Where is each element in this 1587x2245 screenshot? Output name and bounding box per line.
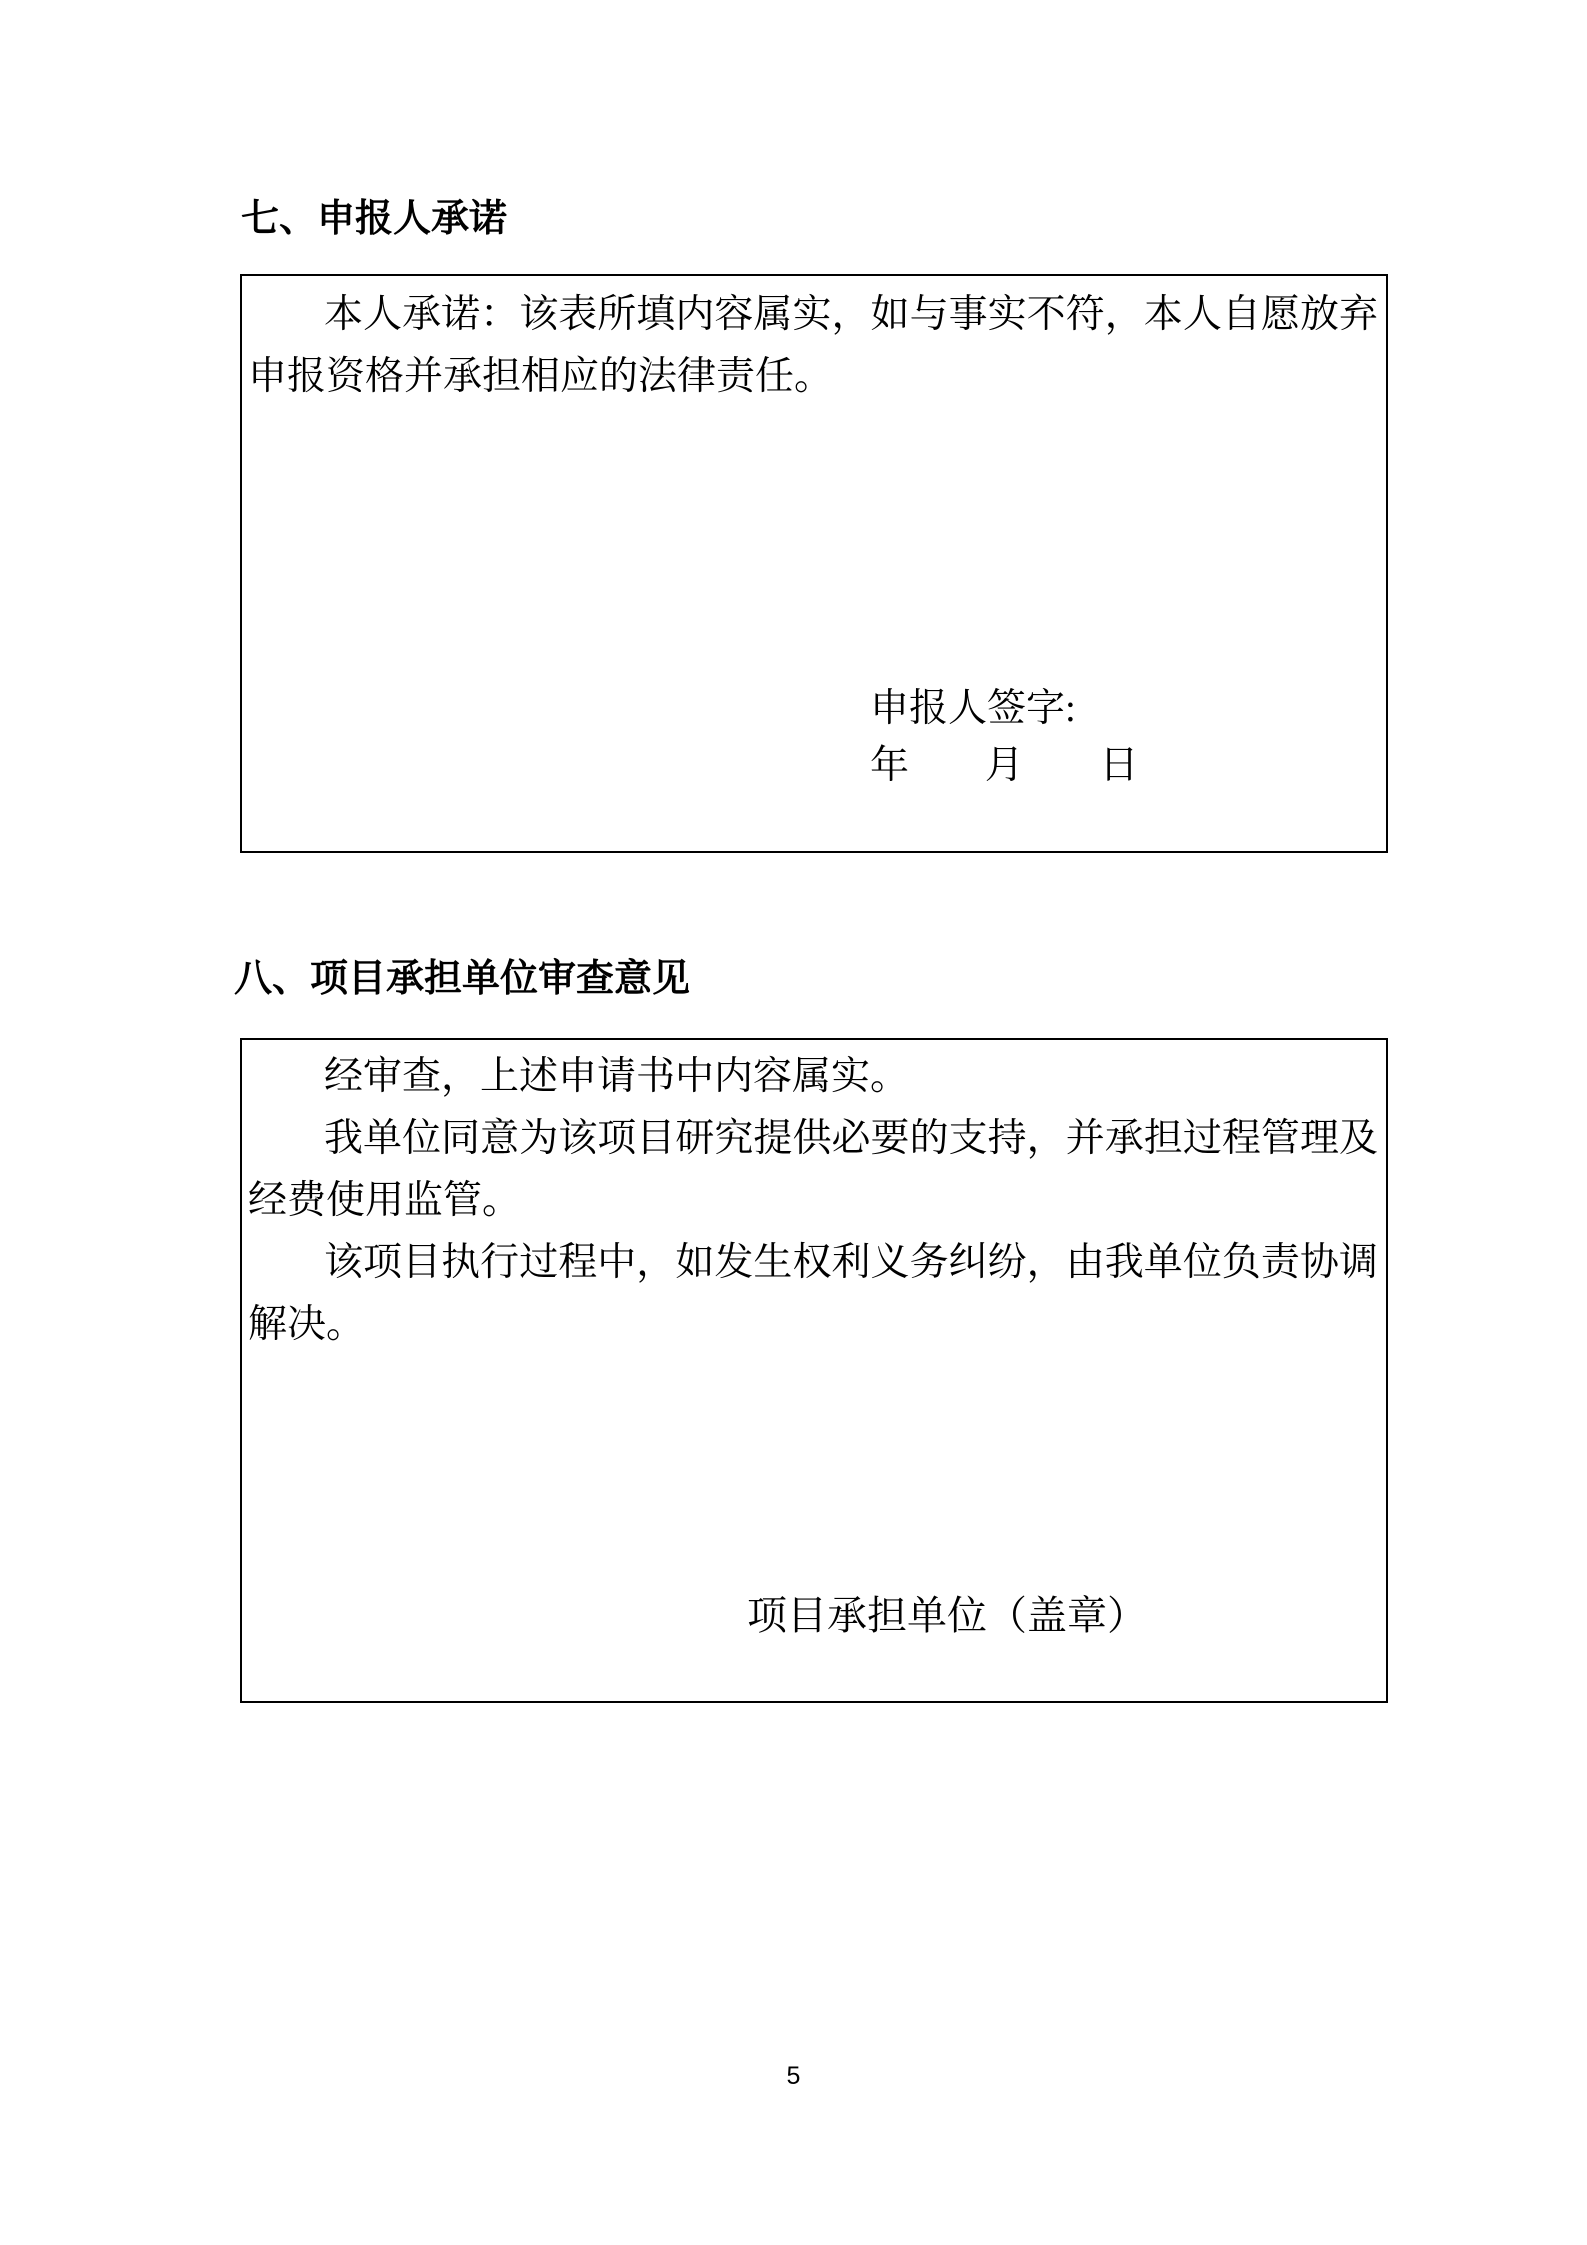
section7-heading: 七、申报人承诺	[241, 194, 507, 244]
host-unit-stamp-label: 项目承担单位（盖章）	[747, 1588, 1147, 1644]
pledge-text: 本人承诺：该表所填内容属实，如与事实不符，本人自愿放弃申报资格并承担相应的法律责…	[242, 284, 1386, 408]
section8-heading: 八、项目承担单位审查意见	[234, 954, 690, 1004]
document-page: 七、申报人承诺 本人承诺：该表所填内容属实，如与事实不符，本人自愿放弃申报资格并…	[0, 0, 1587, 2245]
date-line: 年 月 日	[870, 737, 1139, 794]
page-number: 5	[0, 2062, 1587, 2091]
review-paragraph: 我单位同意为该项目研究提供必要的支持，并承担过程管理及经费使用监管。	[242, 1108, 1386, 1232]
signature-block: 申报人签字: 年 月 日	[870, 680, 1139, 794]
section7-pledge-box: 本人承诺：该表所填内容属实，如与事实不符，本人自愿放弃申报资格并承担相应的法律责…	[240, 274, 1388, 853]
review-paragraph: 该项目执行过程中，如发生权利义务纠纷，由我单位负责协调解决。	[242, 1232, 1386, 1356]
applicant-signature-label: 申报人签字:	[870, 680, 1139, 737]
section8-review-box: 经审查，上述申请书中内容属实。 我单位同意为该项目研究提供必要的支持，并承担过程…	[240, 1038, 1388, 1703]
review-paragraph: 经审查，上述申请书中内容属实。	[242, 1046, 1386, 1108]
